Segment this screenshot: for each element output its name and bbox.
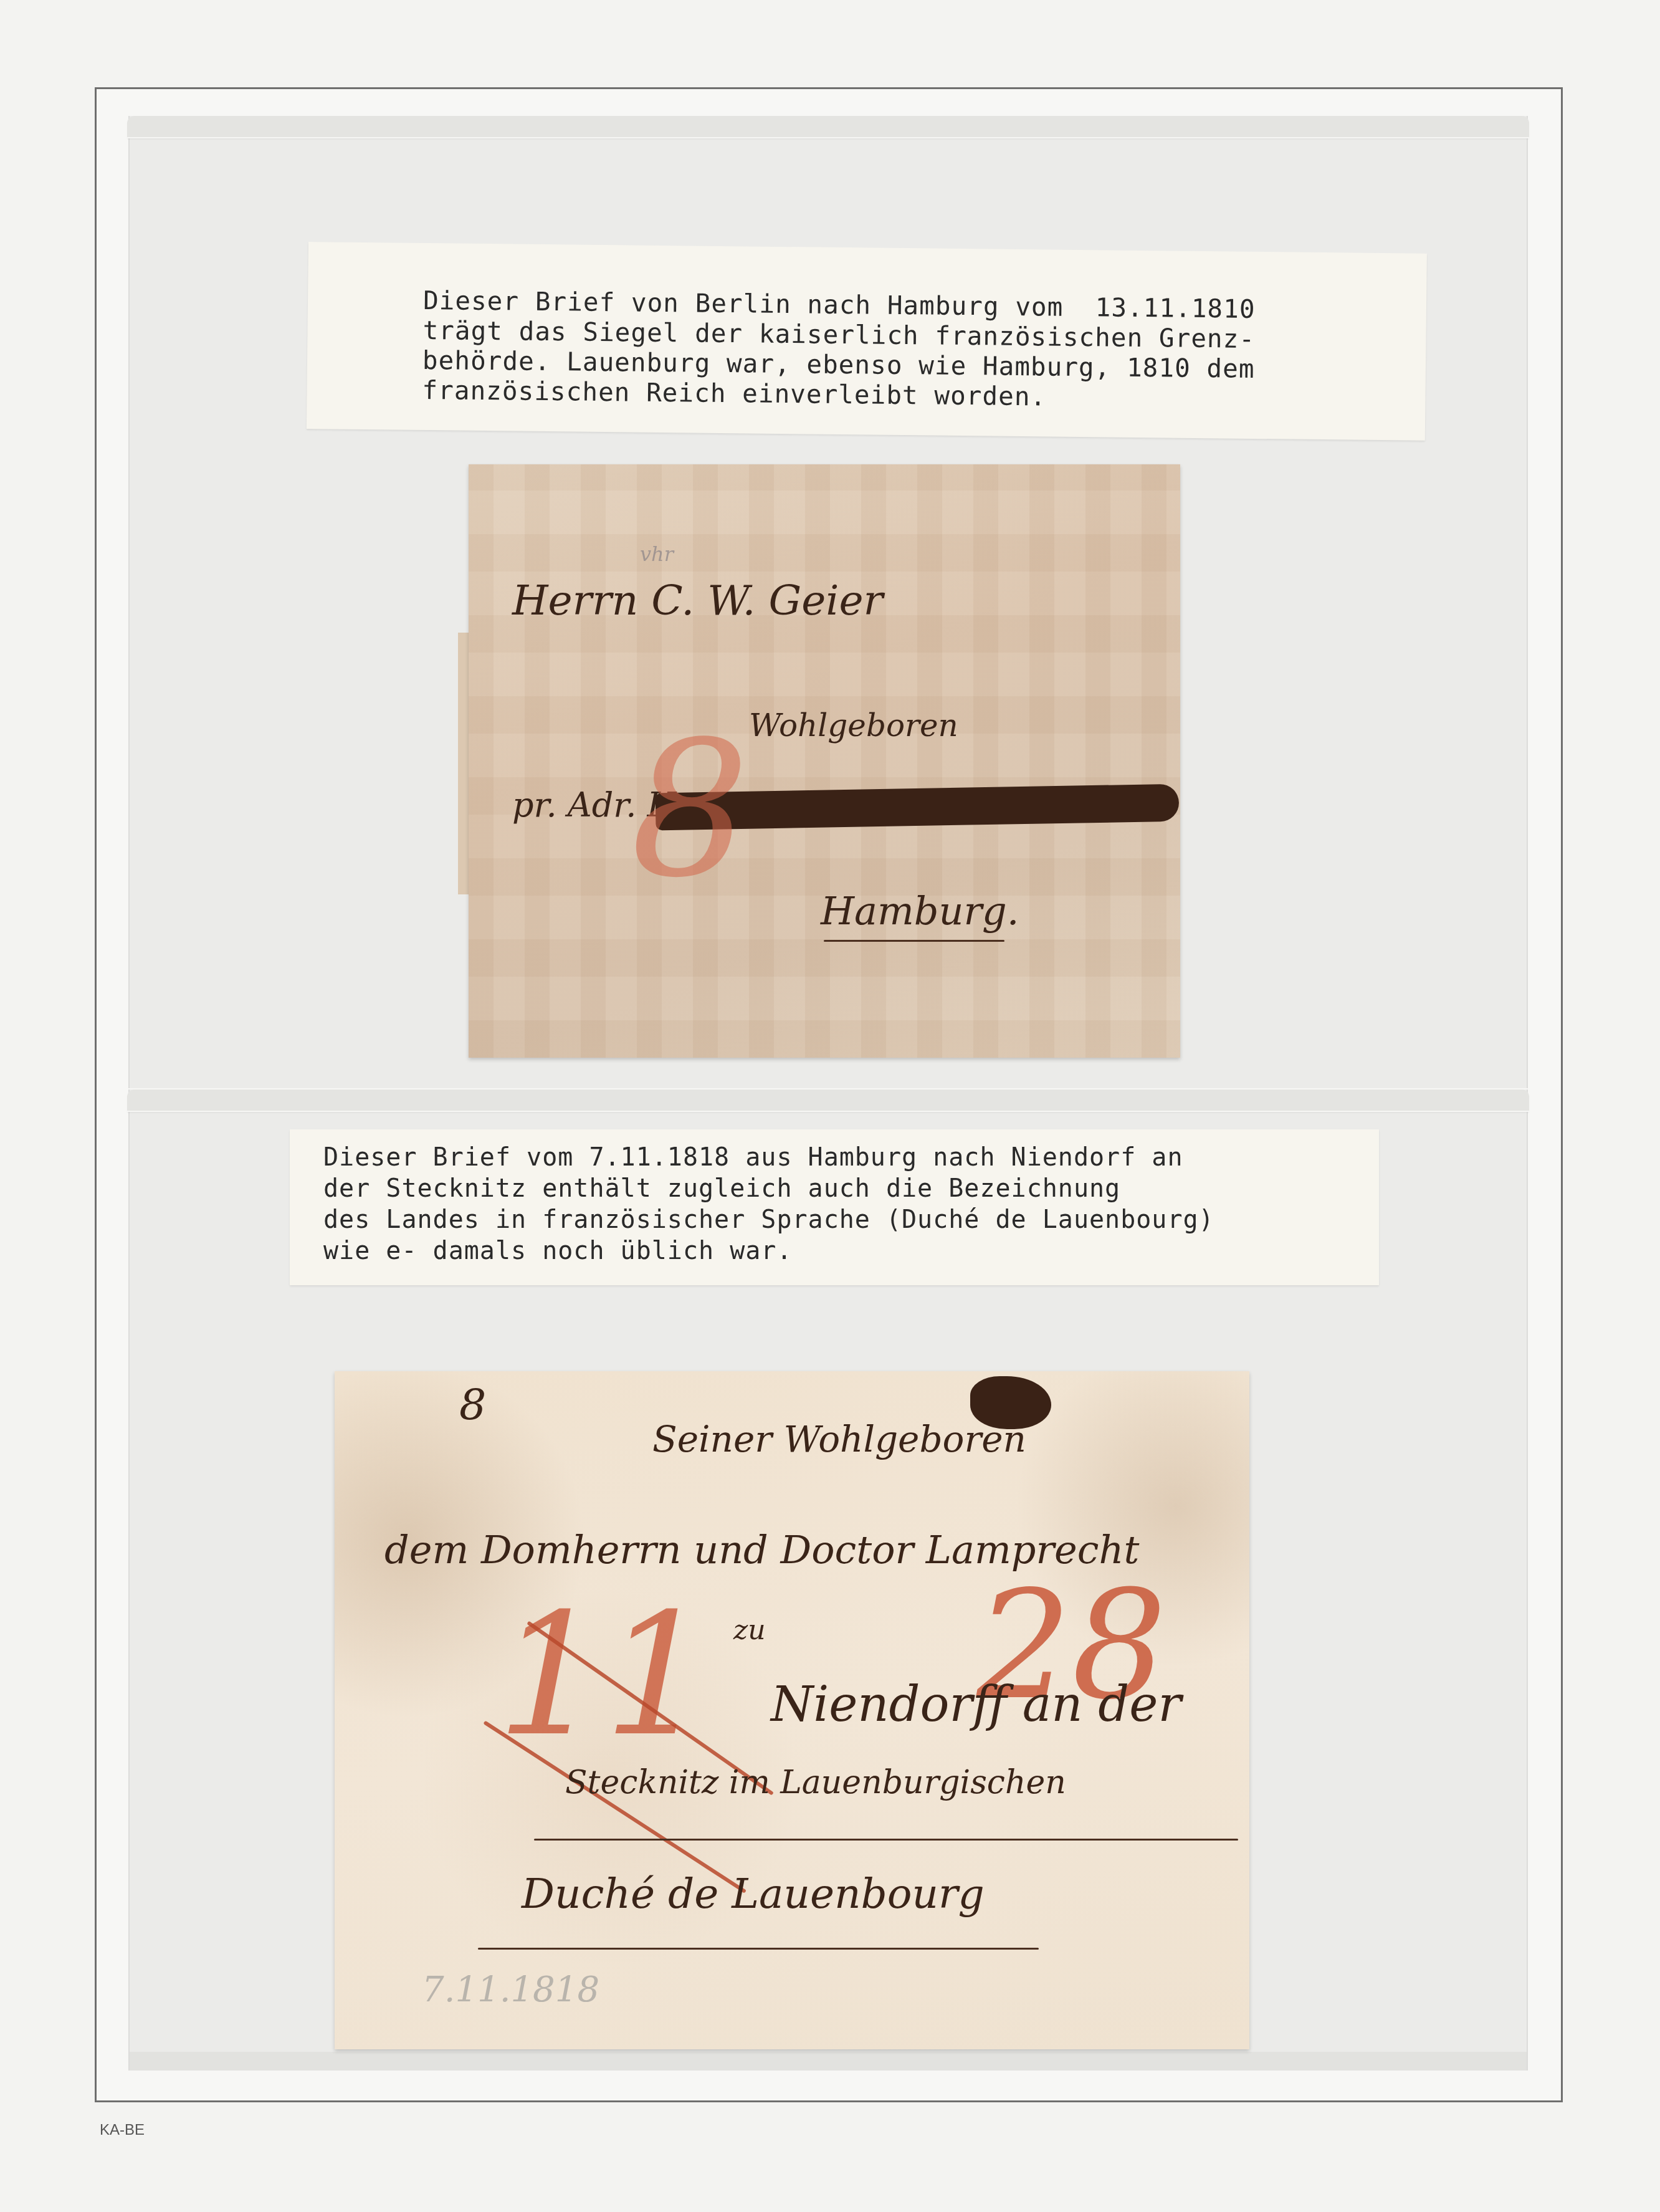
caption-line: Dieser Brief vom 7.11.1818 aus Hamburg n…	[323, 1142, 1379, 1173]
sleeve-bottom-strip	[130, 2052, 1527, 2071]
address-line: zu	[733, 1614, 766, 1646]
address-underline	[534, 1839, 1238, 1841]
address-line: Niendorff an der	[771, 1677, 1181, 1733]
caption-entry-1: Dieser Brief von Berlin nach Hamburg vom…	[307, 242, 1427, 441]
address-line: Wohlgeboren	[749, 707, 958, 744]
red-postage-marking: 8	[631, 701, 750, 919]
sleeve-lip	[127, 1089, 1529, 1112]
sleeve-lip	[127, 116, 1529, 138]
letter-2-cover: 8 Seiner Wohlgeboren dem Domherrn und Do…	[335, 1371, 1249, 2049]
caption-line: wie e- damals noch üblich war.	[323, 1235, 1379, 1266]
corner-number: 8	[459, 1381, 486, 1430]
caption-entry-2: Dieser Brief vom 7.11.1818 aus Hamburg n…	[290, 1129, 1379, 1285]
address-country: Duché de Lauenbourg	[522, 1870, 985, 1918]
city-underline	[824, 940, 1004, 942]
caption-line: des Landes in französischer Sprache (Duc…	[323, 1204, 1379, 1235]
address-line: Herrn C. W. Geier	[512, 577, 883, 625]
footer-mark: KA-BE	[100, 2122, 145, 2139]
caption-line: der Stecknitz enthält zugleich auch die …	[323, 1173, 1379, 1204]
address-city: Hamburg.	[821, 888, 1019, 934]
letter-1-cover: vhr Herrn C. W. Geier Wohlgeboren pr. Ad…	[469, 464, 1180, 1058]
country-underline	[478, 1948, 1039, 1950]
address-line: Seiner Wohlgeboren	[652, 1418, 1026, 1460]
pencil-date: 7.11.1818	[422, 1970, 599, 2010]
address-line: Stecknitz im Lauenburgischen	[565, 1764, 1066, 1801]
top-notation: vhr	[640, 542, 674, 566]
